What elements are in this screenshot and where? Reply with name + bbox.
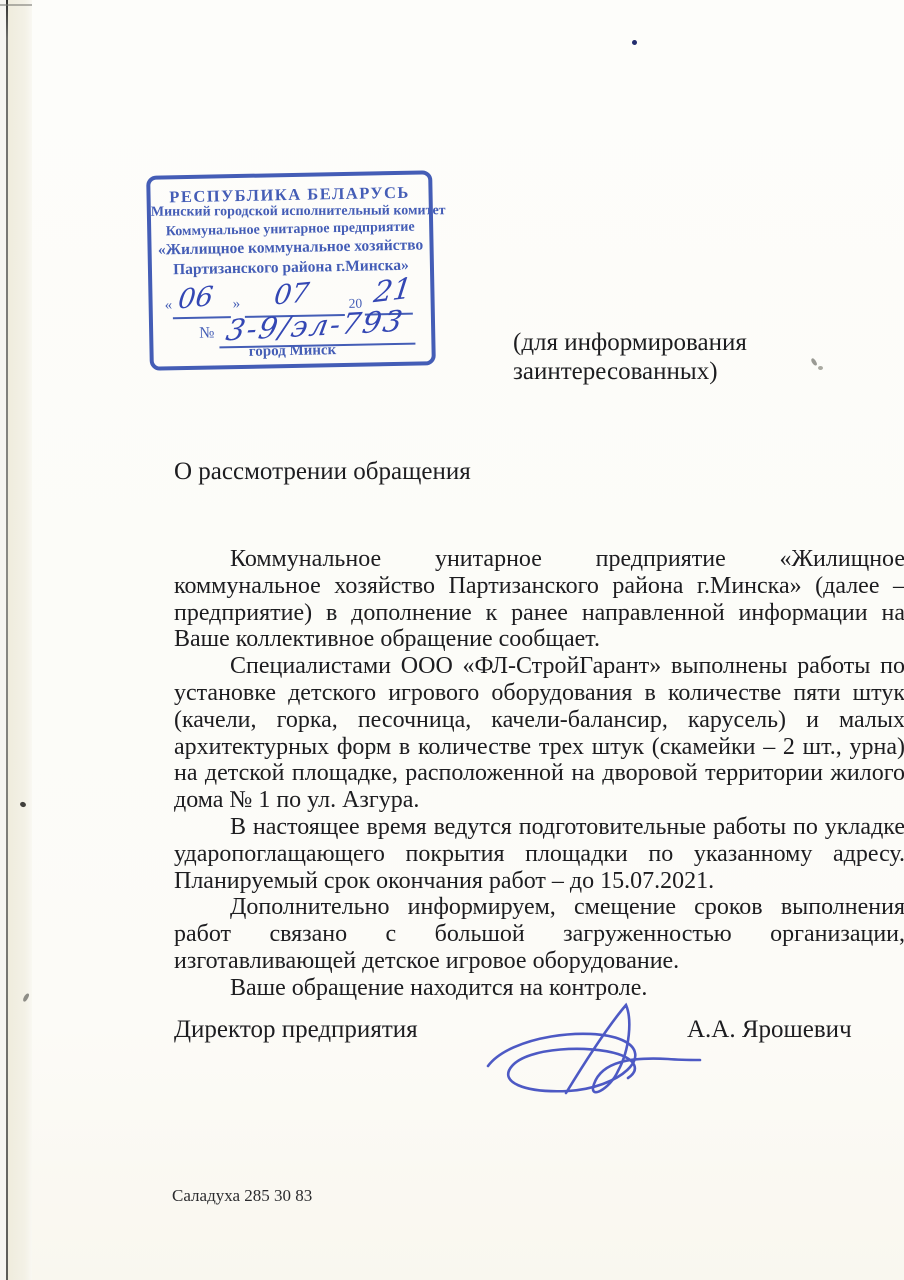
annotation-line-1: (для информирования xyxy=(513,328,747,357)
letter-subject: О рассмотрении обращения xyxy=(174,458,471,486)
stamp-handwritten-month: 07 xyxy=(272,277,311,311)
stamp-city: город Минск xyxy=(153,340,431,362)
body-paragraph: Специалистами ООО «ФЛ-СтройГарант» выпол… xyxy=(174,653,904,814)
addressee-annotation: (для информирования заинтересованных) xyxy=(513,328,747,386)
stamp-date-open-quote: « xyxy=(164,297,172,314)
stamp-number-label: № xyxy=(199,324,215,342)
scan-edge-line xyxy=(6,0,8,1280)
signatory-name: А.А. Ярошевич xyxy=(687,1016,852,1044)
stamp-handwritten-day: 06 xyxy=(177,281,215,316)
scan-speck xyxy=(810,358,817,367)
body-paragraph: Дополнительно информируем, смещение срок… xyxy=(174,894,904,974)
stamp-date-close-quote: » xyxy=(232,296,240,313)
stamp-day-underline xyxy=(173,316,231,319)
handwritten-signature xyxy=(468,1000,703,1110)
ink-speck xyxy=(632,40,637,45)
letter-body: Коммунальное унитарное предприятие «Жили… xyxy=(174,546,904,1002)
body-paragraph: Ваше обращение находится на контроле. xyxy=(174,975,904,1002)
annotation-line-2: заинтересованных) xyxy=(513,357,747,386)
executor-contact: Саладуха 285 30 83 xyxy=(172,1186,312,1206)
body-paragraph: Коммунальное унитарное предприятие «Жили… xyxy=(174,546,904,653)
scan-edge-strip xyxy=(8,0,32,1280)
body-paragraph: В настоящее время ведутся подготовительн… xyxy=(174,814,904,894)
stamp-committee: Минский городской исполнительный комитет xyxy=(151,203,429,220)
scanned-letter-page: РЕСПУБЛИКА БЕЛАРУСЬ Минский городской ис… xyxy=(0,0,904,1280)
organization-stamp: РЕСПУБЛИКА БЕЛАРУСЬ Минский городской ис… xyxy=(146,170,436,370)
signatory-role: Директор предприятия xyxy=(174,1016,418,1044)
scan-speck xyxy=(818,366,823,370)
scan-top-edge xyxy=(0,4,32,6)
